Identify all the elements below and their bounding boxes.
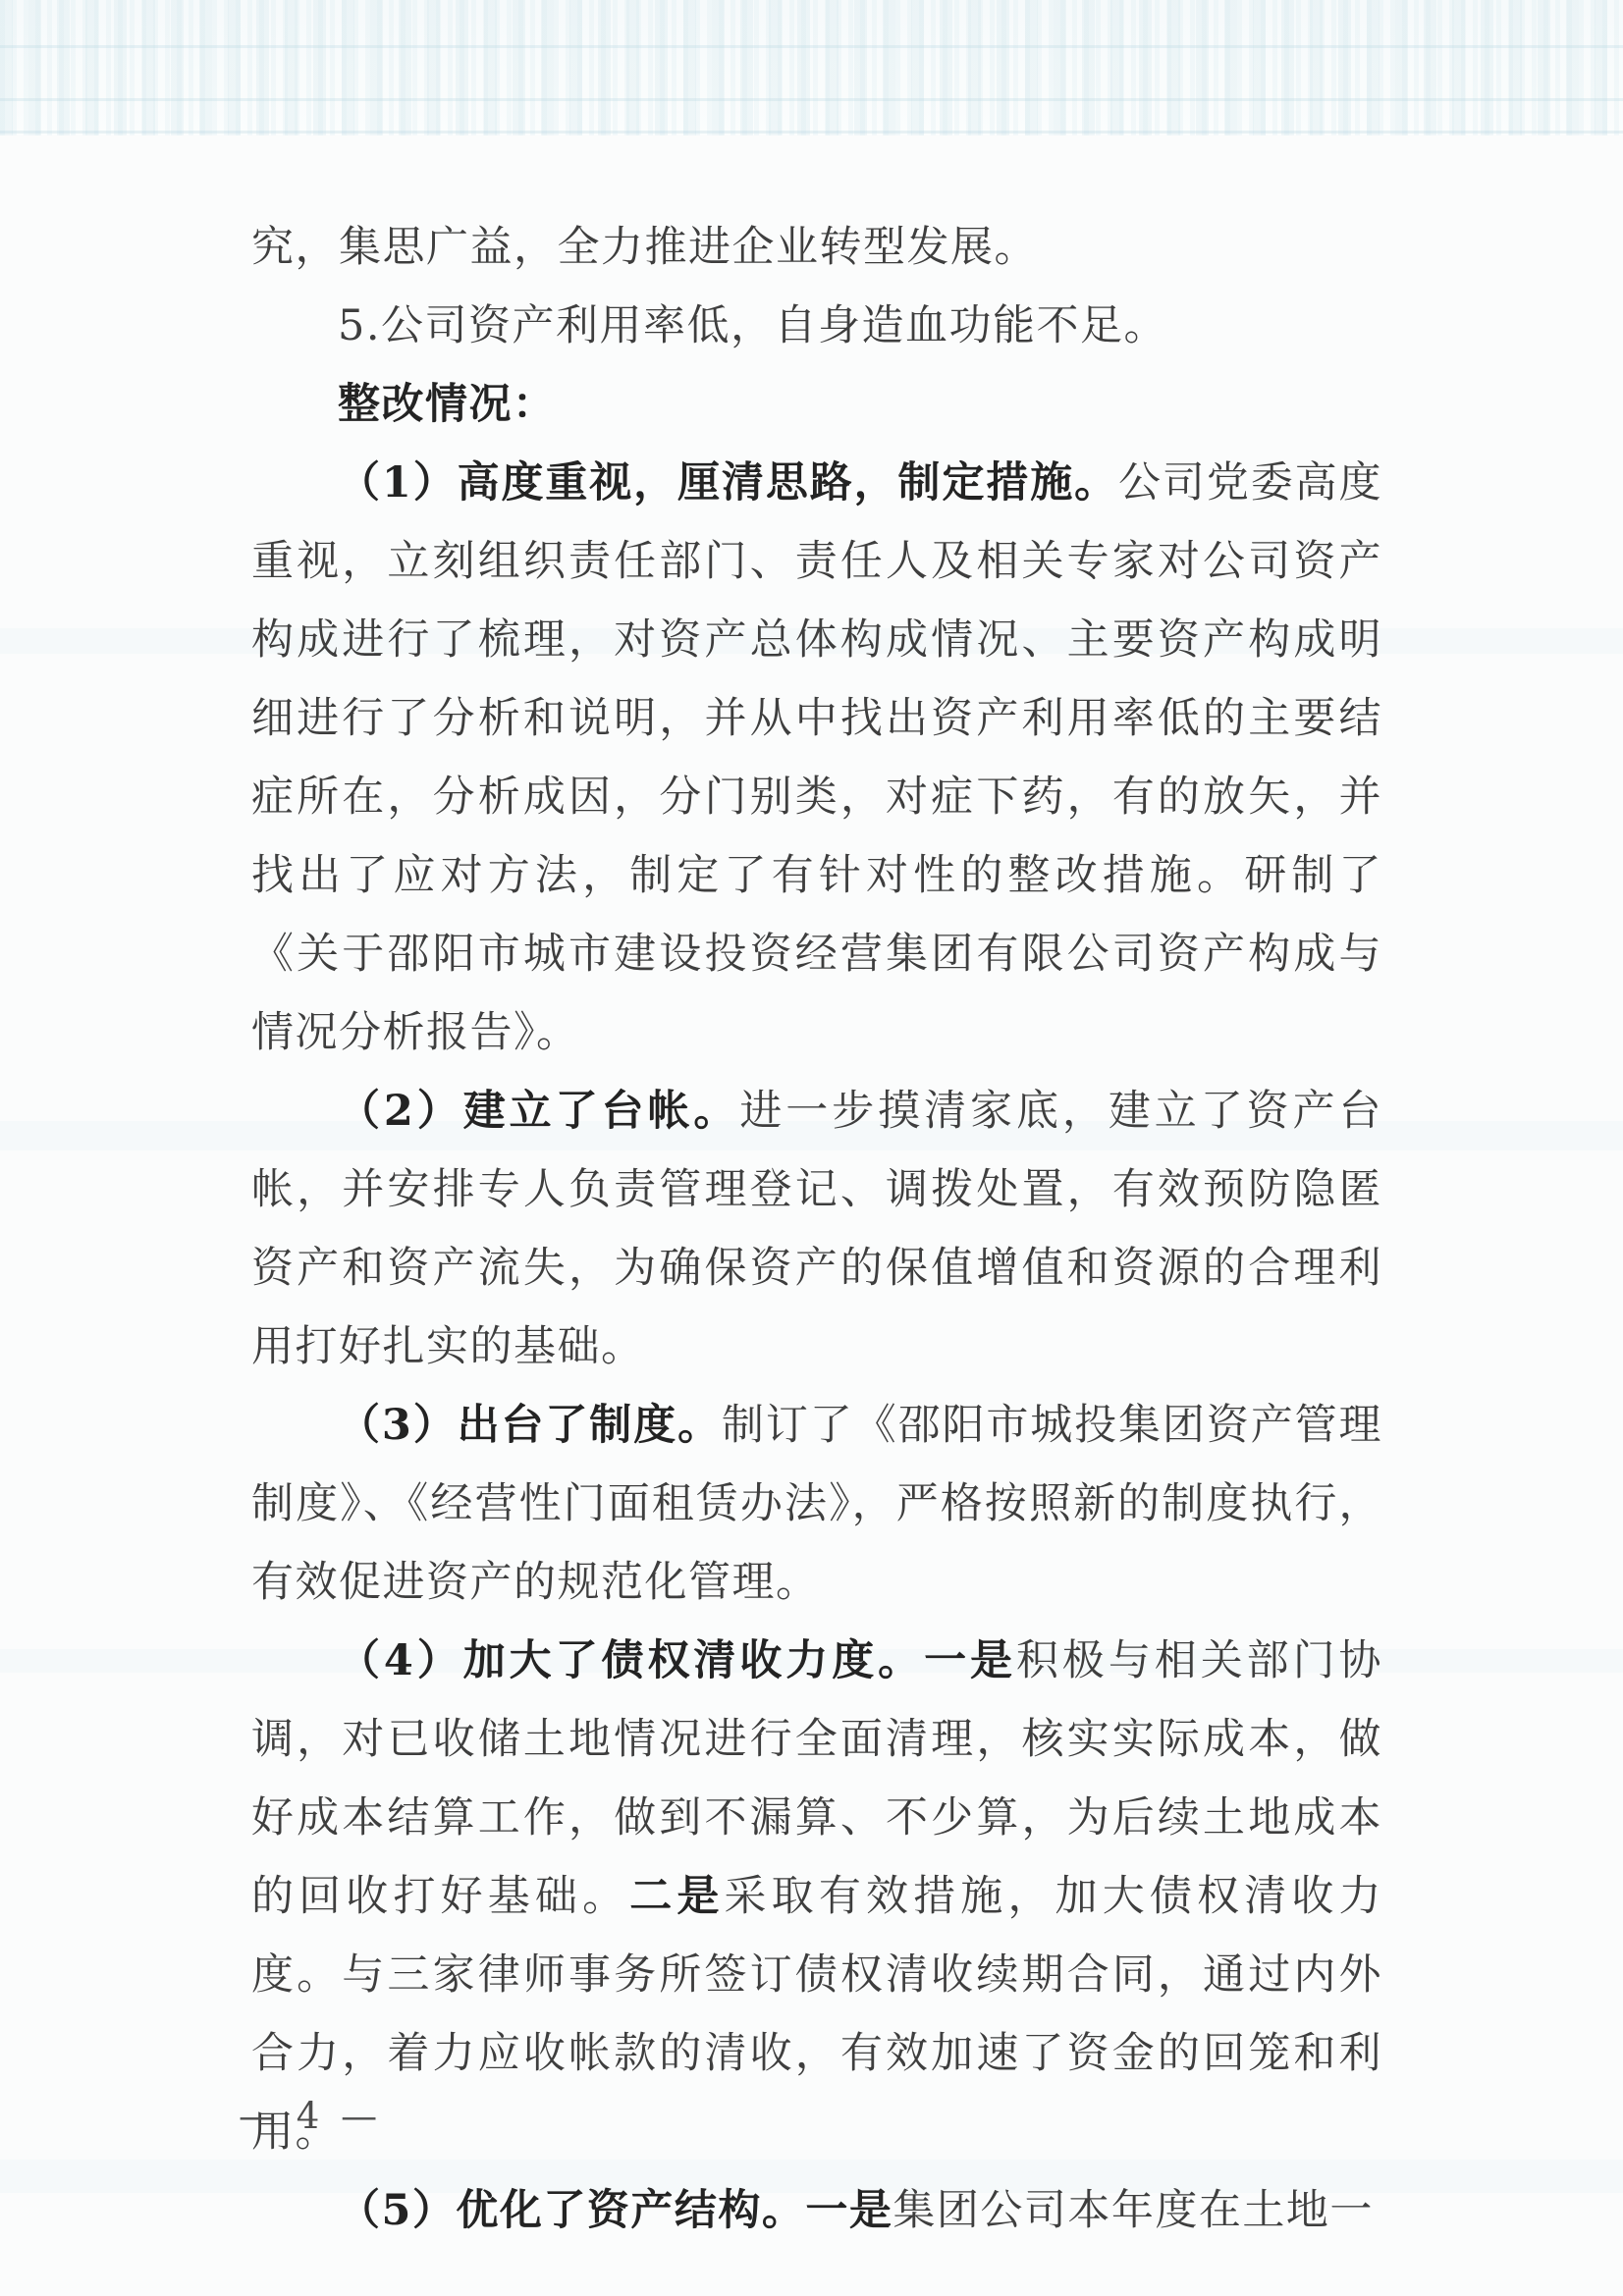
emphasis-text: （3）出台了制度。 (338, 1401, 722, 1450)
paragraph: 整改情况： (251, 365, 1382, 444)
body-text: 5.公司资产利用率低，自身造血功能不足。 (338, 301, 1167, 350)
paragraph: （1）高度重视，厘清思路，制定措施。公司党委高度重视，立刻组织责任部门、责任人及… (251, 444, 1382, 1072)
paragraph: （4）加大了债权清收力度。一是积极与相关部门协调，对已收储土地情况进行全面清理，… (251, 1622, 1382, 2171)
emphasis-text: 二是 (629, 1872, 724, 1921)
paragraph: 究，集思广益，全力推进企业转型发展。 (251, 208, 1382, 287)
body-text: 公司党委高度重视，立刻组织责任部门、责任人及相关专家对公司资产构成进行了梳理，对… (251, 458, 1382, 1057)
body-text: 集团公司本年度在土地一 (893, 2186, 1374, 2235)
emphasis-text: 一是 (924, 1636, 1016, 1685)
scan-artifact-line (0, 131, 1623, 133)
emphasis-text: （4）加大了债权清收力度。 (338, 1636, 924, 1685)
document-body: 究，集思广益，全力推进企业转型发展。5.公司资产利用率低，自身造血功能不足。整改… (251, 208, 1382, 2250)
paragraph: （2）建立了台帐。进一步摸清家底，建立了资产台帐，并安排专人负责管理登记、调拨处… (251, 1072, 1382, 1386)
paragraph: （3）出台了制度。制订了《邵阳市城投集团资产管理制度》、《经营性门面租赁办法》，… (251, 1386, 1382, 1622)
scan-artifact-band (0, 0, 1623, 135)
emphasis-text: 一是 (805, 2186, 893, 2235)
body-text: 究，集思广益，全力推进企业转型发展。 (251, 223, 1038, 272)
scan-artifact-line (0, 45, 1623, 48)
page-number: — 4 — (239, 2095, 382, 2137)
scan-artifact-line (0, 98, 1623, 101)
emphasis-text: 整改情况： (338, 380, 557, 429)
emphasis-text: （5）优化了资产结构。 (338, 2186, 805, 2235)
emphasis-text: （2）建立了台帐。 (338, 1087, 739, 1136)
paragraph: （5）优化了资产结构。一是集团公司本年度在土地一 (251, 2171, 1382, 2250)
emphasis-text: （1）高度重视，厘清思路，制定措施。 (338, 458, 1118, 507)
paragraph: 5.公司资产利用率低，自身造血功能不足。 (251, 287, 1382, 365)
